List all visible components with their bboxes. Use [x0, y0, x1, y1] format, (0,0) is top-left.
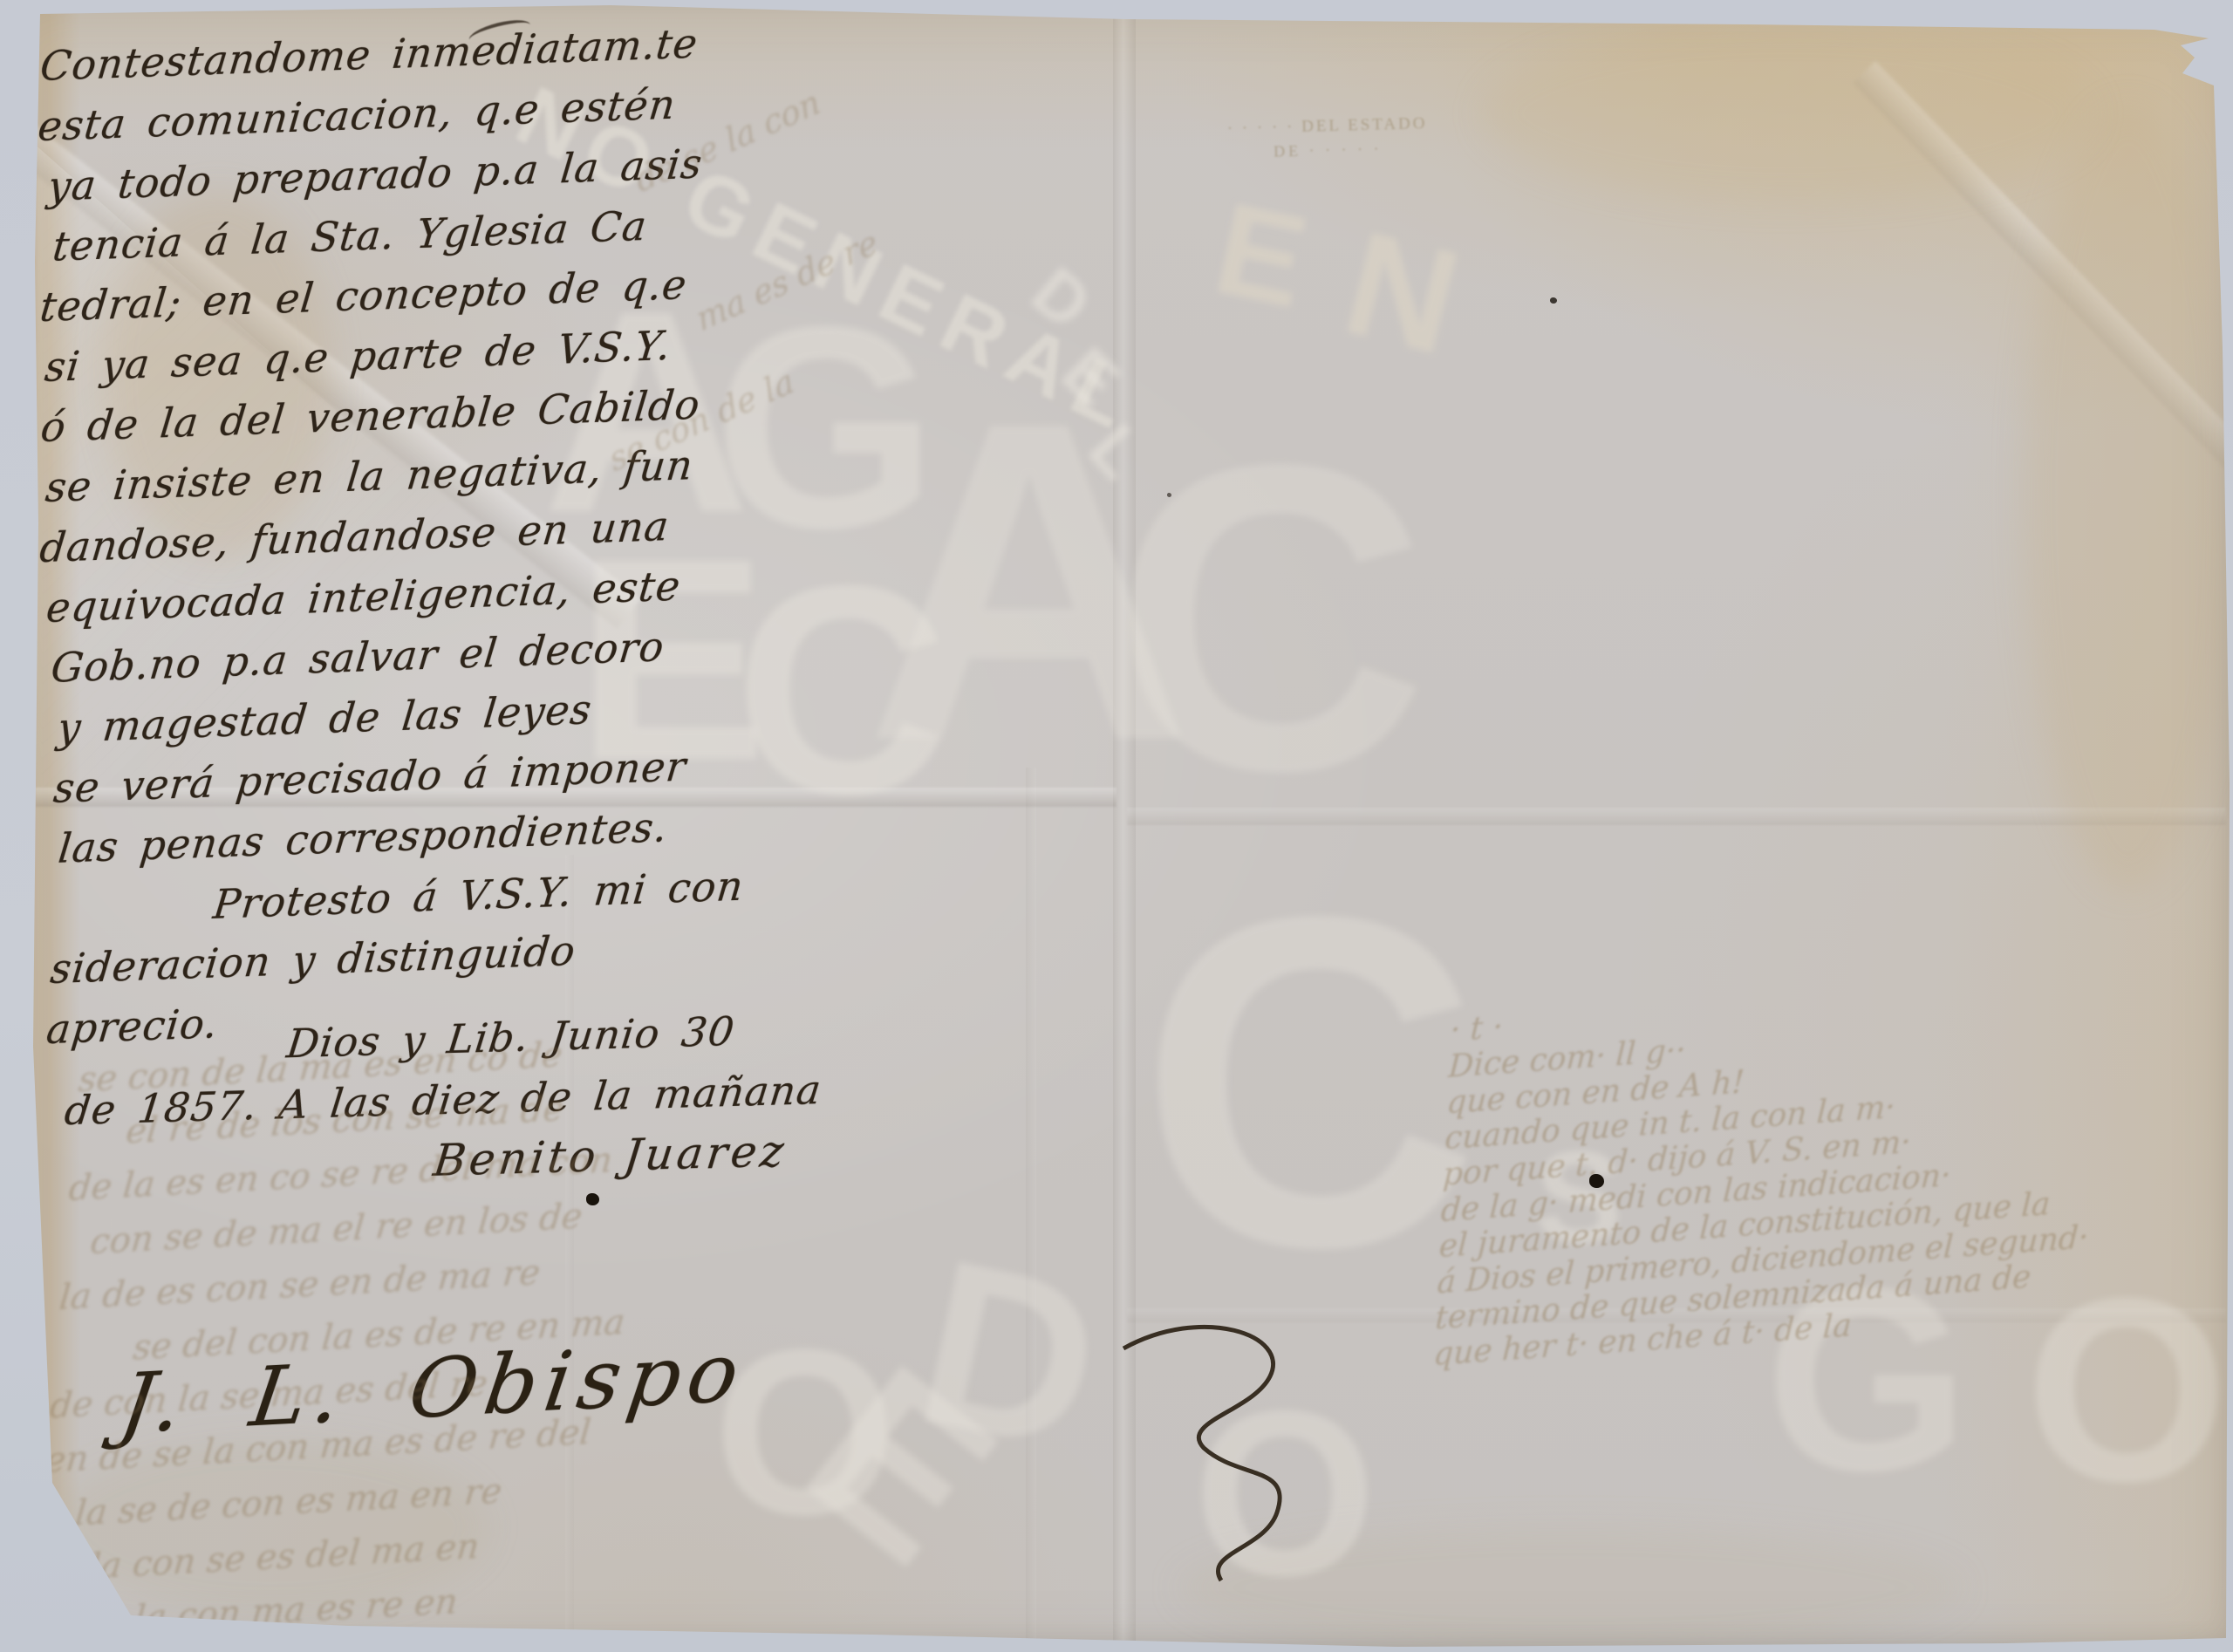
closing-date-line-2: de 1857. A las diez de la mañana	[62, 1066, 823, 1134]
stain	[2024, 105, 2233, 890]
signature-rubric-flourish	[1106, 1319, 1307, 1589]
stamp-line-1: · · · · · DEL ESTADO	[1178, 113, 1475, 140]
ink-speck	[1550, 297, 1557, 304]
letter-body: Contestandome inmediatam.te esta comunic…	[40, 14, 1099, 1059]
watermark-letter-e-large: E	[1203, 172, 1320, 338]
closing-signer-name: Benito Juarez	[431, 1125, 789, 1185]
ghost-line: de la con se es del ma en	[33, 1488, 1075, 1597]
ink-speck	[1167, 493, 1171, 497]
stain	[1483, 26, 2093, 201]
bleed-through-text-right: · t · Dice com· ll g·· que con en de A h…	[1432, 959, 2216, 1373]
watermark-bottom-e: E	[761, 1315, 1041, 1614]
ink-blot	[1589, 1174, 1604, 1188]
photo-scene: NO GENERAL D E L E N A G E C A C C S O E…	[0, 0, 2233, 1652]
watermark-giant-c2: C	[1113, 366, 1428, 868]
letter-sheet: NO GENERAL D E L E N A G E C A C C S O E…	[0, 0, 2233, 1652]
ghost-line: la se de con es ma en re	[73, 1434, 1080, 1541]
faint-archive-stamp: · · · · · DEL ESTADO DE · · · · ·	[1178, 113, 1476, 164]
watermark-letter-n-large: N	[1329, 197, 1475, 389]
ghost-line: se de la con ma es re en	[29, 1543, 1070, 1652]
horizontal-fold-right	[1127, 808, 2226, 825]
stamp-line-2: DE · · · · ·	[1179, 138, 1476, 164]
ink-blot	[586, 1193, 599, 1205]
watermark-bottom-d: D	[898, 1206, 1121, 1506]
watermark-giant-c3: C	[1139, 811, 1479, 1353]
stain	[52, 1439, 488, 1614]
ghost-line: la de es con se en de ma re	[58, 1216, 1099, 1325]
diagonal-crease-top-right	[1853, 61, 2233, 484]
bishop-signature: J. L. Obispo	[114, 1326, 751, 1453]
